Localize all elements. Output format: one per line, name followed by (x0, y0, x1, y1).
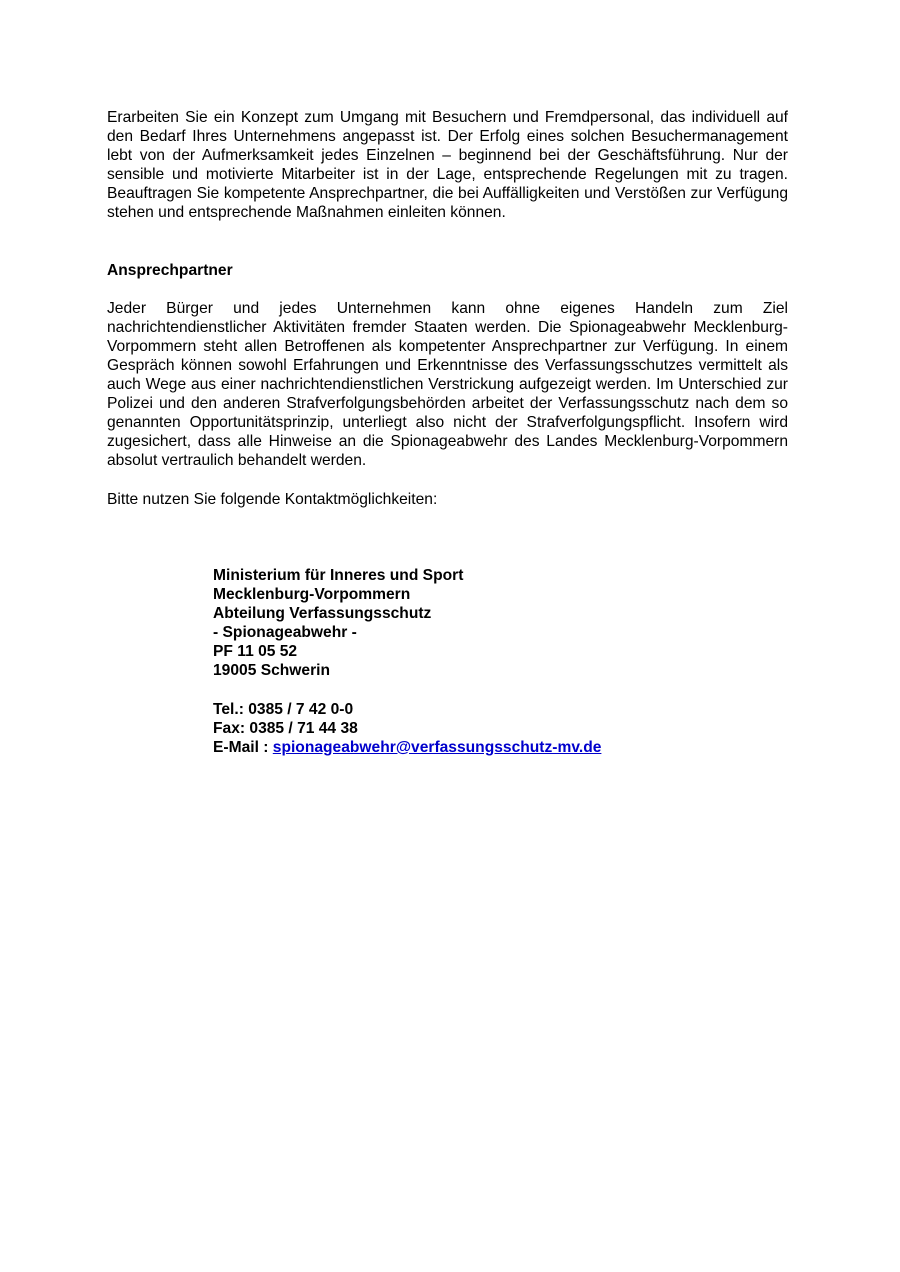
email-line: E-Mail : spionageabwehr@verfassungsschut… (213, 738, 601, 757)
address-line: PF 11 05 52 (213, 642, 601, 661)
email-link[interactable]: spionageabwehr@verfassungsschutz-mv.de (273, 739, 602, 756)
email-label: E-Mail : (213, 739, 273, 756)
address-line: Abteilung Verfassungsschutz (213, 604, 601, 623)
intro-paragraph: Erarbeiten Sie ein Konzept zum Umgang mi… (107, 108, 788, 223)
document-page: Erarbeiten Sie ein Konzept zum Umgang mi… (107, 108, 788, 509)
section-heading: Ansprechpartner (107, 261, 788, 280)
address-line: 19005 Schwerin (213, 661, 601, 680)
address-line: Ministerium für Inneres und Sport (213, 566, 601, 585)
address-line: Mecklenburg-Vorpommern (213, 585, 601, 604)
phone-number: Tel.: 0385 / 7 42 0-0 (213, 700, 601, 719)
contact-intro: Bitte nutzen Sie folgende Kontaktmöglich… (107, 490, 788, 509)
contact-block: Ministerium für Inneres und Sport Meckle… (213, 566, 601, 757)
fax-number: Fax: 0385 / 71 44 38 (213, 719, 601, 738)
address-line: - Spionageabwehr - (213, 623, 601, 642)
section-paragraph: Jeder Bürger und jedes Unternehmen kann … (107, 299, 788, 471)
